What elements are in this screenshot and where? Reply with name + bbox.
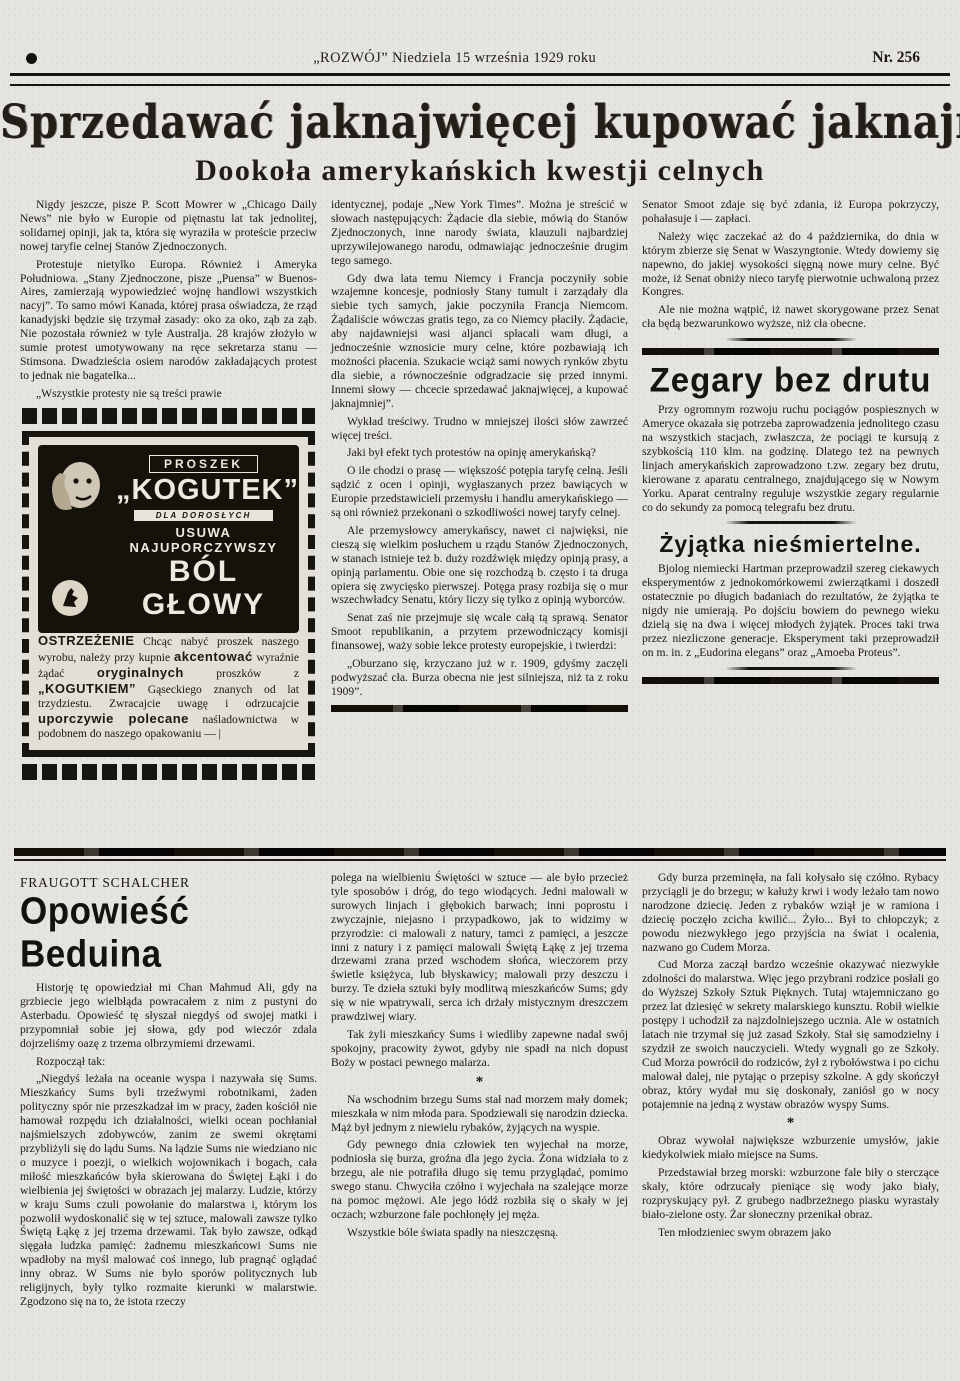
section-divider xyxy=(14,848,946,861)
ad-age-strip: DLA DOROSŁYCH xyxy=(134,510,273,521)
paragraph: identycznej, podaje „New York Times”. Mo… xyxy=(331,198,628,268)
ornament-band xyxy=(22,764,315,780)
paragraph: Rozpoczął tak: xyxy=(20,1055,317,1069)
paragraph: Gdy dwa lata temu Niemcy i Francja poczy… xyxy=(331,272,628,411)
issue-number: Nr. 256 xyxy=(872,49,920,67)
tariff-column-1: Nigdy jeszcze, pisze P. Scott Mowrer w „… xyxy=(20,198,317,787)
paragraph: Senator Smoot zdaje się być zdania, iż E… xyxy=(642,198,939,226)
star-separator: * xyxy=(331,1074,628,1091)
kogutek-ad-banner: PROSZEK „KOGUTEK” DLA DOROSŁYCH USUWA NA… xyxy=(38,445,299,633)
beduin-column-2: polega na wielbieniu Świętości w sztuce … xyxy=(331,871,628,1244)
divider-rule xyxy=(725,338,857,341)
story-author: FRAUGOTT SCHALCHER xyxy=(20,875,317,891)
section-divider-band xyxy=(14,848,946,856)
paragraph: Cud Morza zaczął bardzo wcześnie okazywa… xyxy=(642,958,939,1111)
paragraph: Historję tę opowiedział mi Chan Mahmud A… xyxy=(20,981,317,1051)
ad-warning-bold: uporczywie polecane xyxy=(38,711,189,726)
tariff-column-3: Senator Smoot zdaje się być zdania, iż E… xyxy=(642,198,939,690)
star-separator: * xyxy=(642,1115,939,1132)
ad-brand-name: „KOGUTEK” xyxy=(116,475,291,505)
paragraph: Jaki był efekt tych protestów na opinję … xyxy=(331,446,628,460)
zyjatka-headline: Żyjątka nieśmiertelne. xyxy=(642,531,939,558)
ornament-band xyxy=(642,348,939,355)
paragraph: Ale przemysłowcy amerykańscy, nawet ci n… xyxy=(331,524,628,607)
divider-rule xyxy=(725,667,857,670)
ad-claim-line: USUWA NAJUPORCZYWSZY xyxy=(116,525,291,555)
paragraph: Bjolog niemiecki Hartman przeprowadził s… xyxy=(642,562,939,659)
beduin-column-1: FRAUGOTT SCHALCHER Opowieść Beduina Hist… xyxy=(20,871,317,1313)
paragraph: Wykład treściwy. Trudno w mniejszej iloś… xyxy=(331,415,628,443)
beduin-column-3: Gdy burza przeminęła, na fali kołysało s… xyxy=(642,871,939,1244)
page-marker-dot xyxy=(26,53,37,64)
paragraph: Należy więc zaczekać aż do 4 październik… xyxy=(642,230,939,300)
masthead-rule xyxy=(10,73,950,86)
paragraph: „Wszystkie protesty nie są treści prawie xyxy=(20,387,317,401)
ad-warning-segment: proszków z xyxy=(184,667,299,680)
paragraph: Na wschodnim brzegu Sums stał nad morzem… xyxy=(331,1093,628,1135)
paragraph: Wszystkie bóle świata spadły na nieszczę… xyxy=(331,1226,628,1240)
ad-warning-bold: akcentować xyxy=(174,649,253,664)
paragraph: „Oburzano się, krzyczano już w r. 1909, … xyxy=(331,657,628,699)
paragraph: Ten młodzieniec swym obrazem jako xyxy=(642,1226,939,1240)
kogutek-advertisement: PROSZEK „KOGUTEK” DLA DOROSŁYCH USUWA NA… xyxy=(22,431,315,758)
paragraph: Gdy burza przeminęła, na fali kołysało s… xyxy=(642,871,939,954)
ad-claim-headline: BÓL GŁOWY xyxy=(116,555,291,621)
paragraph: Gdy pewnego dnia człowiek ten wyjechał n… xyxy=(331,1138,628,1221)
masthead: „ROZWÓJ” Niedziela 15 września 1929 roku xyxy=(37,50,872,67)
ad-brand-top: PROSZEK xyxy=(149,455,258,473)
sub-headline: Dookoła amerykańskich kwestji celnych xyxy=(0,154,960,188)
story-title: Opowieść Beduina xyxy=(20,890,317,976)
paragraph: Protestuje nietylko Europa. Również i Am… xyxy=(20,258,317,383)
paragraph: Nigdy jeszcze, pisze P. Scott Mowrer w „… xyxy=(20,198,317,254)
paragraph: Senat zaś nie przejmuje się wcale całą t… xyxy=(331,611,628,653)
paragraph: Przedstawiał brzeg morski: wzburzone fal… xyxy=(642,1166,939,1222)
paragraph: polega na wielbieniu Świętości w sztuce … xyxy=(331,871,628,1024)
ad-warning-text: OSTRZEŻENIE Chcąc nabyć proszek naszego … xyxy=(38,633,299,740)
paragraph: O ile chodzi o prasę — większość potępia… xyxy=(331,464,628,520)
newspaper-page: „ROZWÓJ” Niedziela 15 września 1929 roku… xyxy=(0,0,960,1381)
section-divider-line xyxy=(14,859,946,861)
paragraph: Przy ogromnym rozwoju ruchu pociągów pos… xyxy=(642,403,939,514)
headache-man-illustration xyxy=(46,455,108,532)
ornament-band xyxy=(22,408,315,424)
tariff-article: Nigdy jeszcze, pisze P. Scott Mowrer w „… xyxy=(0,198,960,846)
paragraph: Ale nie można wątpić, iż nawet skorygowa… xyxy=(642,303,939,331)
ad-warning-bold: oryginalnych xyxy=(97,665,184,680)
zegary-headline: Zegary bez drutu xyxy=(642,360,939,400)
ad-warning-bold: „KOGUTKIEM” xyxy=(38,681,136,696)
paragraph: „Niegdyś leżała na oceanie wyspa i nazyw… xyxy=(20,1072,317,1308)
rooster-emblem-icon xyxy=(50,578,90,623)
paragraph: Obraz wywołał największe wzburzenie umys… xyxy=(642,1134,939,1162)
ad-warning-title: OSTRZEŻENIE xyxy=(38,633,135,648)
main-headline: Sprzedawać jaknajwięcej kupować jaknajmn… xyxy=(0,89,960,156)
divider-rule xyxy=(725,521,857,524)
tariff-column-2: identycznej, podaje „New York Times”. Mo… xyxy=(331,198,628,718)
ornament-band xyxy=(331,705,628,712)
ornament-band xyxy=(642,677,939,684)
beduin-story: FRAUGOTT SCHALCHER Opowieść Beduina Hist… xyxy=(0,871,960,1313)
masthead-row: „ROZWÓJ” Niedziela 15 września 1929 roku… xyxy=(0,46,960,70)
paragraph: Tak żyli mieszkańcy Sums i wiedliby zape… xyxy=(331,1028,628,1070)
